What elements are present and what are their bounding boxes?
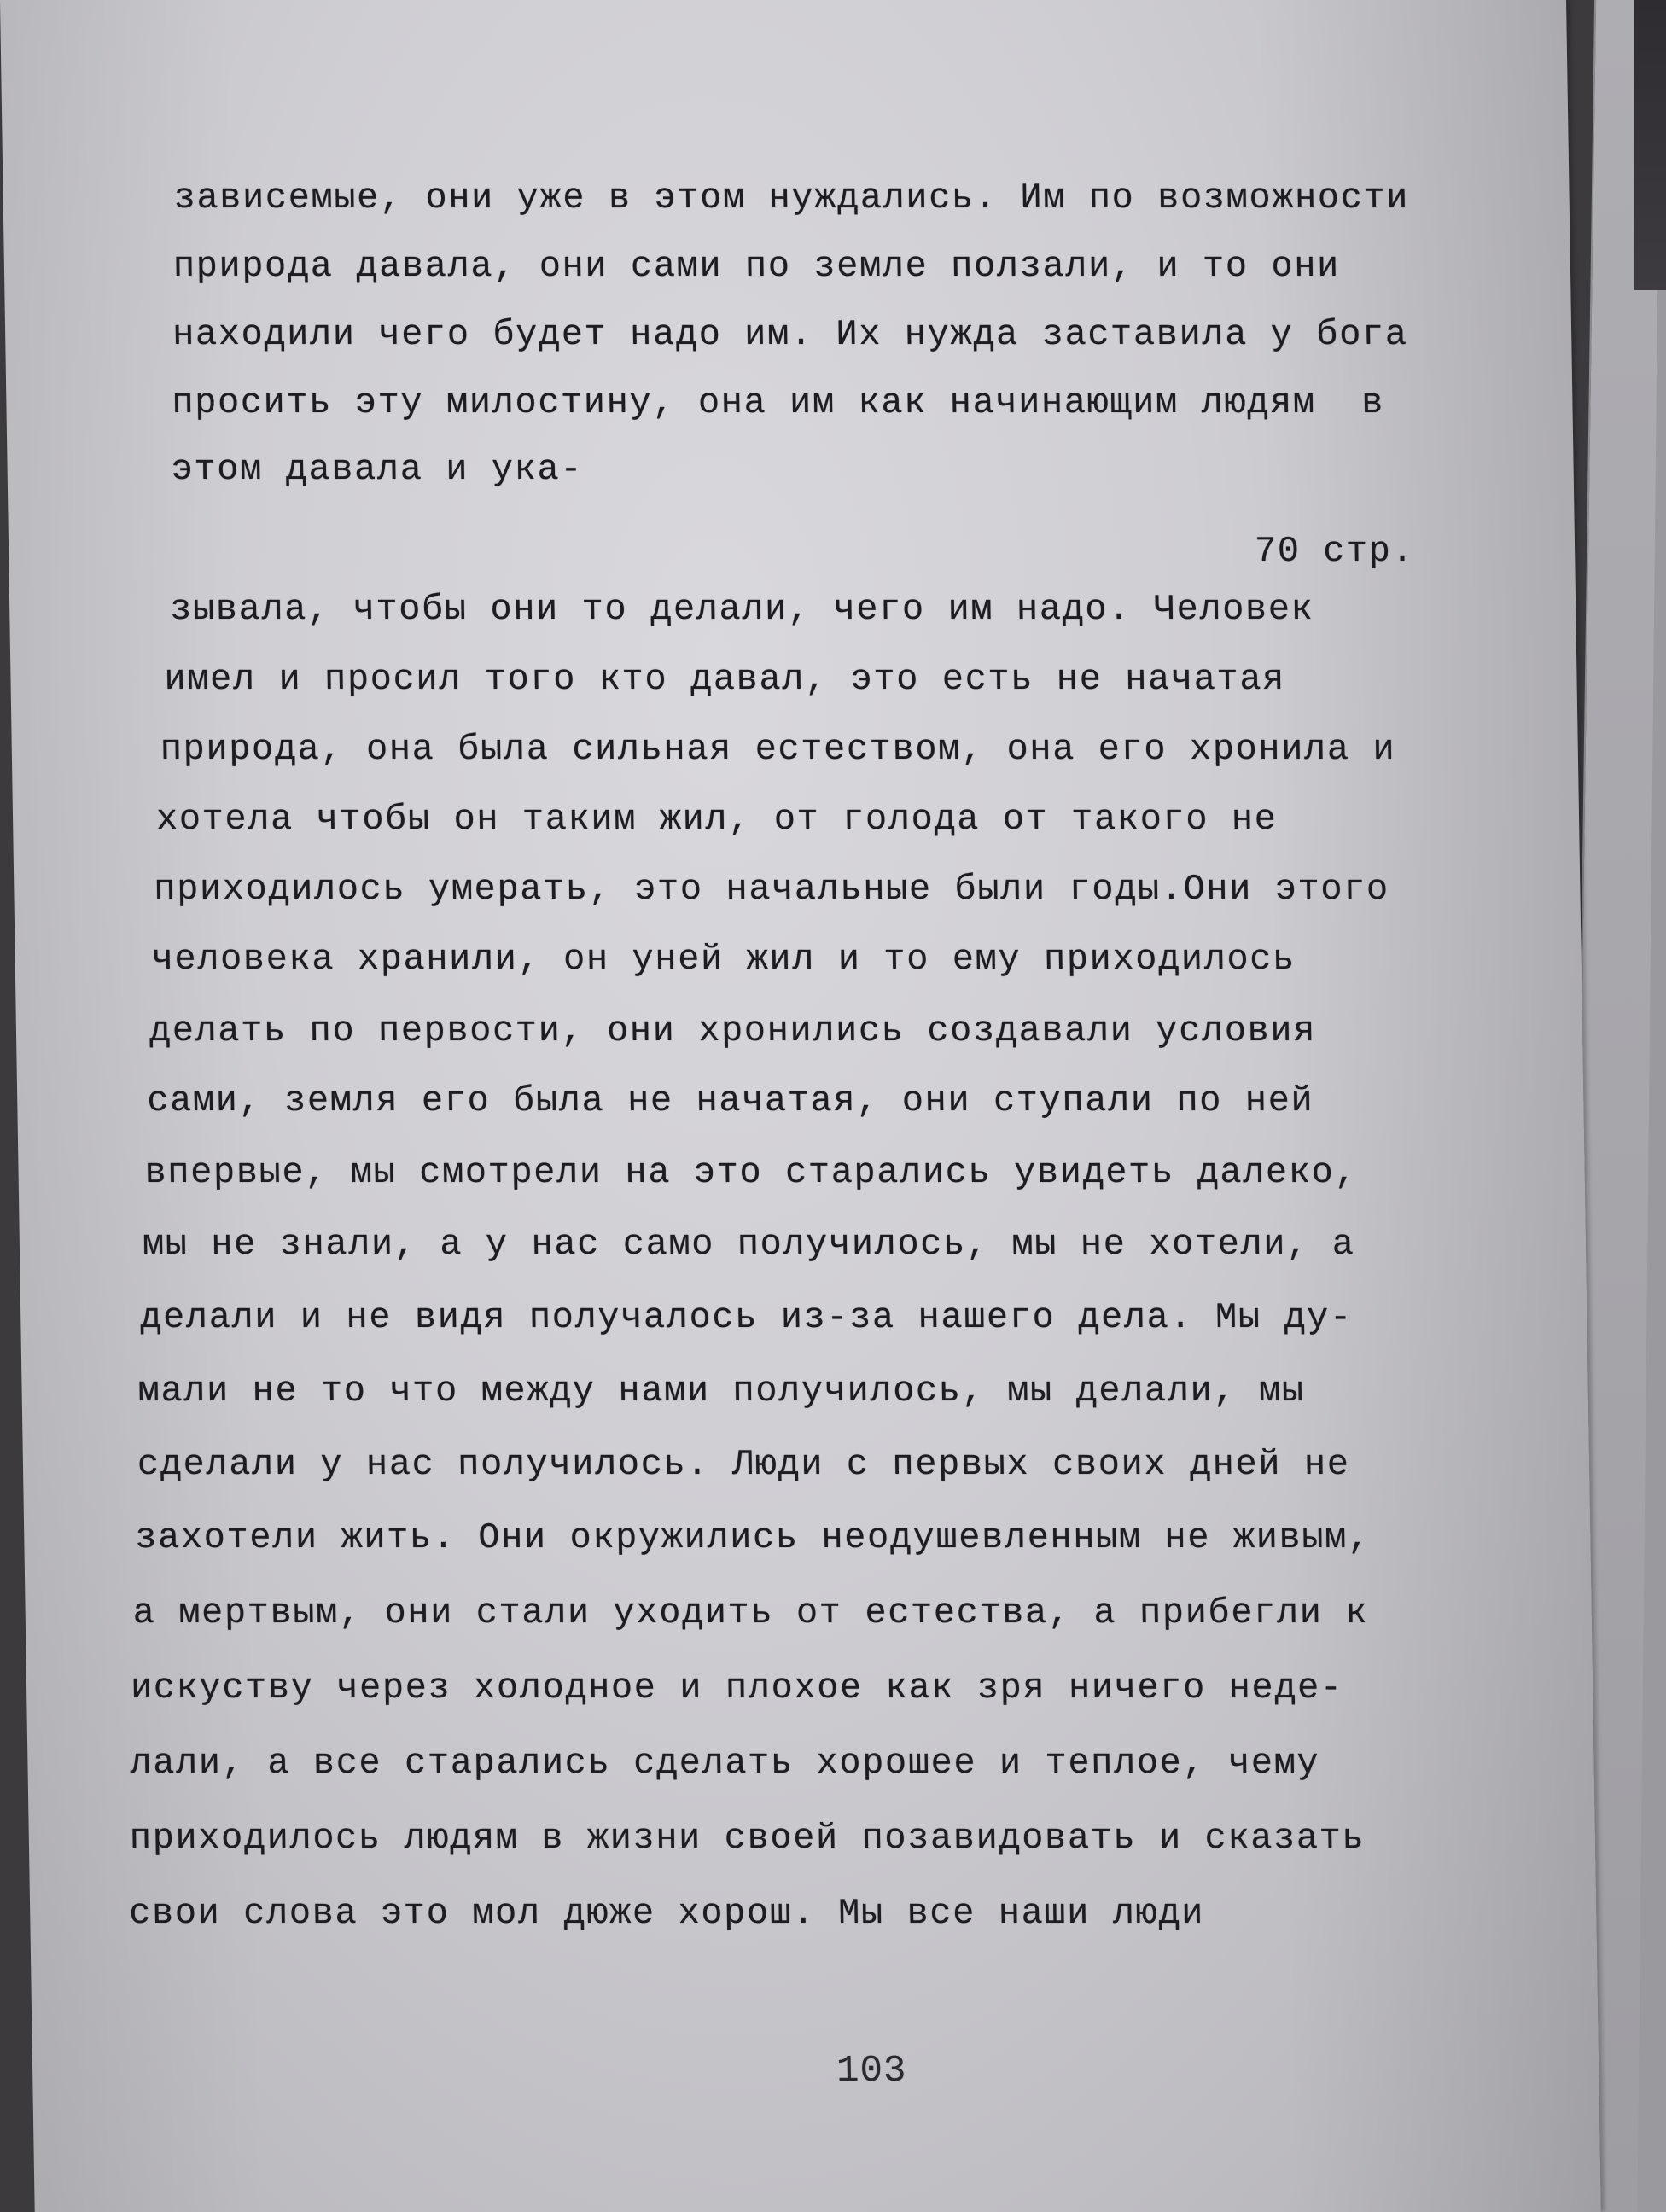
text-line: мы не знали, а у нас само получилось, мы… [143,1224,1355,1265]
text-line: сделали у нас получилось. Люди с первых … [137,1444,1350,1485]
text-line: приходилось людям в жизни своей позавидо… [129,1818,1365,1859]
paragraph-1: зависемые, они уже в этом нуждались. Им … [173,178,269,464]
text-line: делать по первости, они хронились создав… [149,1010,1317,1051]
text-line: свои слова это мол дюже хорош. Мы все на… [129,1893,1205,1934]
text-line: сами, земля его была не начатая, они сту… [147,1080,1314,1121]
text-line: мали не то что между нами получилось, мы… [137,1371,1305,1412]
source-page-reference: 70 стр. [1255,531,1415,572]
text-line: лали, а все старались сделать хорошее и … [130,1743,1320,1784]
text-line: находили чего будет надо им. Их нужда за… [172,314,1408,355]
text-line: имел и просил того кто давал, это есть н… [164,659,1285,700]
text-line: просить эту милостину, она им как начина… [172,382,1384,423]
page-number: 103 [836,2050,907,2093]
text-line: природа, она была сильная естеством, она… [160,729,1395,770]
text-line: приходилось умерать, это начальные были … [154,869,1389,910]
text-line: а мертвым, они стали уходить от естества… [132,1592,1368,1633]
text-line: зависемые, они уже в этом нуждались. Им … [173,178,1409,218]
text-line: делали и не видя получалось из-за нашего… [140,1297,1353,1338]
text-line: хотела чтобы он таким жил, от голода от … [156,799,1278,840]
text-line: впервые, мы смотрели на это старались ув… [144,1152,1357,1193]
text-line: зывала, чтобы они то делали, чего им над… [170,589,1314,630]
text-line: захотели жить. Они окружились неодушевле… [135,1517,1371,1558]
paragraph-2: зывала, чтобы они то делали, чего им над… [137,589,242,1449]
text-line: этом давала и ука- [171,449,583,490]
typewritten-page: зависемые, они уже в этом нуждались. Им … [0,0,1601,2212]
background-shadow [1634,0,1666,290]
text-line: природа давала, они сами по земле ползал… [173,246,1341,287]
text-line: человека хранили, он уней жил и то ему п… [151,939,1296,980]
text-line: искуству через холодное и плохое как зря… [131,1668,1343,1708]
